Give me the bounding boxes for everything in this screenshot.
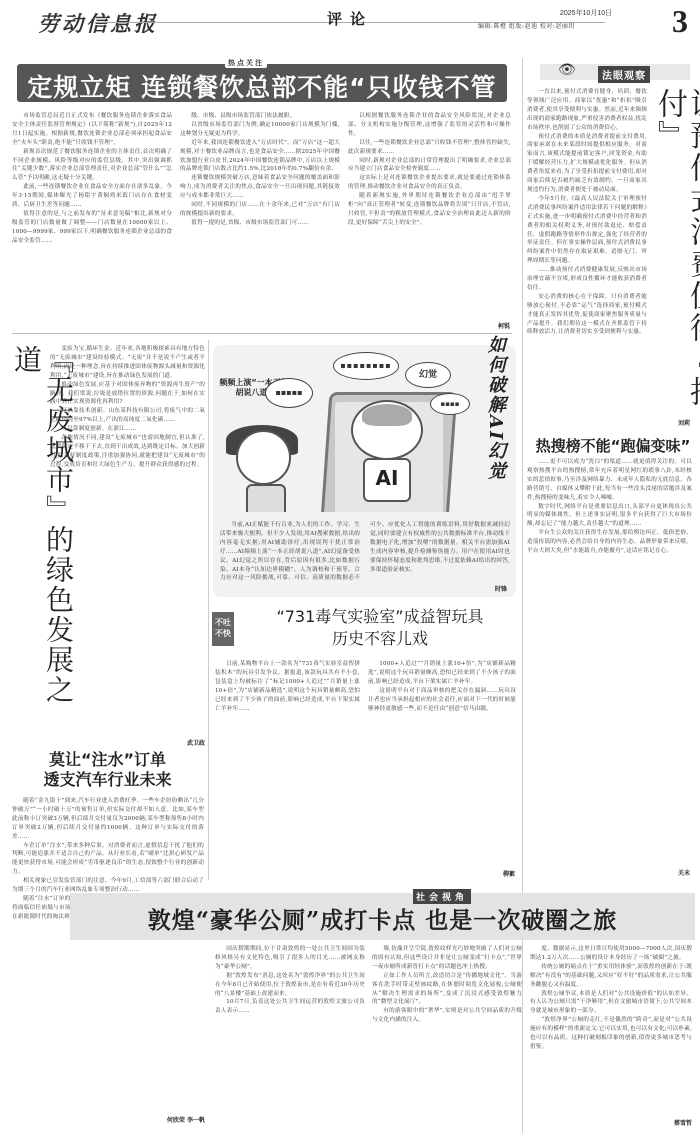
toy-headline: “731毒气实验室”成益智玩具 历史不容儿戏	[240, 606, 520, 650]
prepaid-vertical-title: 让预付式消费值得『托付』	[653, 88, 700, 428]
toy-headline-line2: 历史不容儿戏	[240, 628, 520, 650]
paragraph: 这说明平台对于商品审核的把关存在漏洞……玩具设计者也应当承担起相应的社会责任,应…	[368, 687, 516, 714]
paragraph: 连锁餐饮规模突破万店,意味着食品安全问题的覆盖面和影响力,成为消费者关注的焦点,…	[180, 174, 340, 201]
paragraph: 各地情况不同,建设“无废城市”也需因地制宜,但认准了,就要坚定不移干下去,直到干…	[50, 434, 205, 470]
paragraph: 一直以来,预付式消费在健身、培训、餐饮等领域广泛应用。商家以“优惠”和“折扣”吸…	[527, 88, 647, 133]
speech-bubble: ▪▪▪▪▪▪▪▪	[333, 352, 399, 380]
dunhuang-byline: 蔡雪哲	[640, 1118, 692, 1127]
paragraph: 推动绿色发展,应基于对固体废弃物的“资源再生资产”的路径。我们常说,垃圾是放错位…	[50, 381, 205, 408]
hot-search-byline: 关末	[640, 868, 690, 877]
paragraph: 值得注意的是,与之前发布的“征求意见稿”相比,新规对分级监管的门店数量做了调整—…	[12, 210, 172, 246]
paragraph: 市场监管总局近日正式发布《餐饮服务连锁企业落实食品安全主体责任监督管理规定》(以…	[12, 112, 172, 148]
opinion-side-tag: 不吐不快	[212, 612, 234, 646]
eye-icon: 👁	[558, 62, 576, 78]
paragraph: ……推动预付式消费健康发展,反映出市场治理宜疏不宜堵,形成良性循环才能收获消费者…	[527, 266, 647, 293]
speech-bubble: ▪▪▪▪	[430, 393, 470, 415]
paragraph: 以往,一些连锁餐饮企业总部“只收钱不管理”,整体管控缺失,此次新规要求……	[348, 139, 511, 157]
paragraph: 正如工作人员所言,改造切合是“传播地域文化”。当游客在洗手时带走壁画纹路,在休憩…	[372, 972, 522, 1008]
editorial-staff: 编辑:陈橙 组版:赵迪 校对:赵丽玥	[478, 21, 575, 30]
paragraph: 随着“金九银十”到来,汽车行业进入消费旺季。一些车企纷纷晒出“几分钟破万”“一小…	[12, 797, 204, 842]
issue-date: 2025年10月10日	[560, 8, 612, 18]
cartoon-commentary: 当前,AI正赋能千行百业,为人们的工作、学习、生活带来极大便利。但不少人发现,用…	[220, 521, 510, 591]
waste-city-byline: 武卫政	[150, 738, 205, 747]
paragraph: 同时,不同规模的门店……在十余年来,已对“万店”有门店的规模提出新的要求。	[180, 201, 340, 219]
paragraph: 可以靠技术创新。山东某科技有限公司,将废气中的二氧化碳提纯至97%以上,产出的高…	[50, 407, 205, 425]
legal-column-label: 法眼观察	[598, 66, 650, 83]
paragraph: 安心消费的核心在于保障。只有消费者能够放心预付,不必靠“运气”选择商家,预付模式…	[527, 293, 647, 338]
paragraph: 随着新规实施,外界期待连锁餐饮企业总部由“甩手掌柜”向“真正管理者”转变,连锁餐…	[348, 192, 511, 228]
car-article-body: 随着“金九银十”到来,汽车行业进入消费旺季。一些车企纷纷晒出“几分钟破万”“一小…	[12, 797, 204, 1122]
paragraph: 当前,AI正赋能千行百业,为人们的工作、学习、生活带来极大便利。但不少人发现,用…	[220, 521, 510, 583]
paragraph: 预付式消费的本质是消费者提前支付费用,商家承诺在未来某段时间提供相应服务。对商家…	[527, 133, 647, 195]
lead-byline: 柯锐	[460, 321, 510, 330]
toy-article-col1: 日前,某购物平台上一款名为“731毒气实验室益智拼装积木”的玩具引发争议。据报道…	[215, 660, 360, 882]
toy-article-col2: 1000+人追过”“月销量上涨10+倍”,为“店铺新品精选”,说明这个玩具销量颇…	[368, 660, 516, 865]
column-divider	[522, 58, 523, 1133]
hot-search-body: ……更不可以成为“洗白”的渠道……就更值得关注的。可以观察热搜平台的热搜榜,常年…	[527, 458, 692, 858]
toy-headline-line1: “731毒气实验室”成益智玩具	[240, 606, 520, 628]
paragraph: 平台生公众的关注获得生存发展,那给舆论纠正、低俗恶俗、造谣传谣的内容,必然会给自…	[527, 529, 692, 556]
paragraph: 1000+人追过”“月销量上涨10+倍”,为“店铺新品精选”,说明这个玩具销量颇…	[368, 660, 516, 687]
paragraph: 车企订单“注水”,带来多种后果。对消费者而言,虚假信息干扰了他们的判断,可能追涨…	[12, 842, 204, 878]
cartoon-vertical-title: 如何破解AI幻觉	[483, 335, 507, 515]
paragraph: 同时,新规对企业总部的日常管理提出了明确要求,企业总部应当建立门店食品安全检查制…	[348, 157, 511, 175]
girl-face-illustration	[236, 430, 291, 485]
paragraph: 以省级市场监管部门为例,确定10000家门店规模为门槛,这种划分无疑更为科学。	[180, 121, 340, 139]
paragraph: 此前,一些连锁餐饮企业在食品安全方面存在诸多乱象。今年3·15期间,媒体曝光了杨…	[12, 183, 172, 210]
robot-brain-illustration	[362, 404, 412, 426]
paragraph: 墙,仿藻井呈空镜,敦煌纹样光巧妙地突破了人们对公厕的固有认知,但这些设计并非是让…	[372, 945, 522, 972]
paragraph: 度。数据显示,这里日常日均使用5000—7000人次,国庆假期达1.2万人次………	[530, 945, 692, 963]
page-number: 3	[672, 3, 688, 40]
car-headline-line2: 透支汽车行业未来	[10, 770, 205, 790]
paragraph: 数字时代,网络平台是重要信息出口,头部平台更体现出公共明显的媒体属性。但上述事实…	[527, 503, 692, 530]
paragraph: “敦煌净界”公厕的走红,不是偶然的“跨奇”,而是对“公共设施应有的模样”的重新定…	[530, 1016, 692, 1052]
paragraph: 以根据餐饮服务连锁企业的食品安全风险状况,对企业总部、分支机构实施分级管理,这增…	[348, 112, 511, 139]
car-headline: 莫让“注水”订单 透支汽车行业未来	[10, 750, 205, 790]
toy-byline: 柳絮	[470, 869, 515, 878]
newspaper-logo: 劳动信息报	[38, 8, 158, 38]
hot-search-headline: 热搜榜不能“跑偏变味”	[533, 435, 693, 456]
car-headline-line1: 莫让“注水”订单	[10, 750, 205, 770]
lead-article-col2: 级、市级、县级市场监管部门依法履职。 以省级市场监管部门为例,确定10000家门…	[180, 112, 340, 307]
hallucination-bubble: 幻觉	[405, 362, 451, 388]
paragraph: 据“敦煌发布”消息,这处名为“敦煌净界”的公共卫生间在今年8月已开始使用,位于敦…	[215, 972, 365, 999]
paragraph: 级、市级、县级市场监管部门依法履职。	[180, 112, 340, 121]
robot-ai-label: AI	[363, 466, 411, 490]
cartoon-byline: 时锋	[462, 584, 507, 593]
paragraph: 新规首次规范了餐饮服务连锁企业的主体责任,首次明确了不同企业规模、风险等级对应的…	[12, 148, 172, 184]
paragraph: 10月7日,负责这处公共卫生间运营的敦煌文旅公司负责人表示……	[215, 998, 365, 1016]
legal-byline: 刘莉	[640, 418, 690, 427]
column-divider	[208, 340, 209, 880]
paragraph: 今年5月份,《最高人民法院关于审理预付式消费民事纠纷案件适用法律若干问题的解释》…	[527, 195, 647, 266]
paragraph: 可以靠制度创新。在浙江……	[50, 425, 205, 434]
paragraph: ……更不可以成为“洗白”的渠道……就更值得关注的。可以观察热搜平台的热搜榜,常年…	[527, 458, 692, 503]
lead-kicker: 热点关注	[225, 58, 267, 68]
paragraph: 有的游客眼中的“奢华”,实则是对公共空间品质的升级与文化内涵的注入。	[372, 1007, 522, 1025]
legal-article-body: 一直以来,预付式消费在健身、培训、餐饮等领域广泛应用。商家以“优惠”和“折扣”吸…	[527, 88, 647, 416]
paragraph: 传统公厕的痛点在于“重实用轻体验”,而敦煌的创新在于:既解决“有没有”的基础问题…	[530, 963, 692, 990]
paragraph: 国庆假期期间,位于甘肃敦煌的一处公共卫生间因为装修风格另有文化特色,吸引了很多人…	[215, 945, 365, 972]
dunhuang-headline: 敦煌“豪华公厕”成打卡点 也是一次破圈之旅	[70, 902, 695, 935]
dunhuang-col1: 国庆假期期间,位于甘肃敦煌的一处公共卫生间因为装修风格另有文化特色,吸引了很多人…	[215, 945, 365, 1130]
paragraph: 敦煌公厕争议,本质是人们对“公共设施价值”的认知差异。有人认为公厕只需“干净够用…	[530, 990, 692, 1017]
paragraph: 这实际上是对连锁餐饮企业提出要求,就是要通过连锁体系的管理,推动餐饮企业对食品安…	[348, 174, 511, 192]
lead-article-col1: 市场监管总局近日正式发布《餐饮服务连锁企业落实食品安全主体责任监督管理规定》(以…	[12, 112, 172, 290]
paragraph: 近年来,我国连锁餐饮进入“万店时代”。而“万店”这一超大规模,对于餐饮业品牌而言…	[180, 139, 340, 175]
car-byline: 何欣荣 李一帆	[100, 1115, 205, 1124]
paragraph: 日前,某购物平台上一款名为“731毒气实验室益智拼装积木”的玩具引发争议。据报道…	[215, 660, 360, 713]
section-divider	[12, 333, 512, 334]
speech-bubble: ▪▪▪▪▪	[265, 378, 313, 408]
paragraph: 变废为宝,循环生金。近年来,各地积极探索具有地方特色的“无废城市”建设经验模式。…	[50, 345, 205, 381]
paragraph: 值得一提的是,省级、市级市场监管部门可……	[180, 219, 340, 228]
dunhuang-col3: 度。数据显示,这里日常日均使用5000—7000人次,国庆假期达1.2万人次………	[530, 945, 692, 1115]
section-title: 评论	[250, 8, 450, 29]
dunhuang-col2: 墙,仿藻井呈空镜,敦煌纹样光巧妙地突破了人们对公厕的固有认知,但这些设计并非是让…	[372, 945, 522, 1130]
lead-article-col3: 以根据餐饮服务连锁企业的食品安全风险状况,对企业总部、分支机构实施分级管理,这增…	[348, 112, 511, 322]
waste-city-body: 变废为宝,循环生金。近年来,各地积极探索具有地方特色的“无废城市”建设经验模式。…	[50, 345, 205, 720]
